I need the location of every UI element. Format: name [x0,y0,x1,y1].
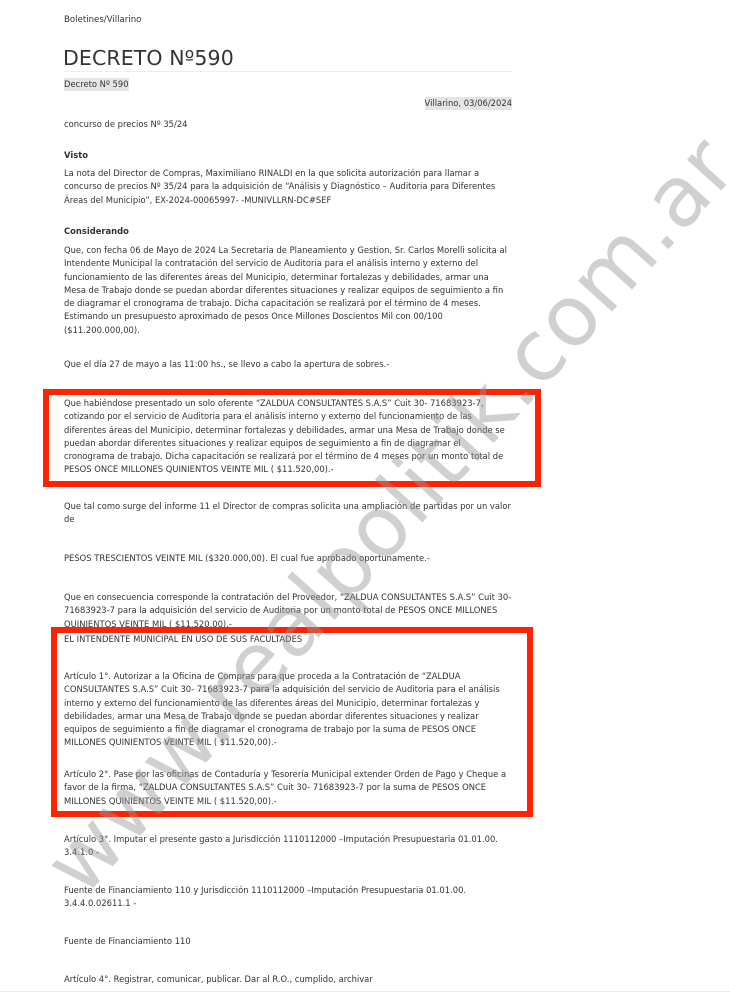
considerando-paragraph: Que el día 27 de mayo a las 11:00 hs., s… [64,358,512,371]
reference-line: concurso de precios Nº 35/24 [64,118,512,131]
considerando-heading: Considerando [64,225,512,238]
considerando-paragraph: Que, con fecha 06 de Mayo de 2024 La Sec… [64,244,512,337]
considerando-paragraph: Que en consecuencia corresponde la contr… [64,591,512,631]
considerando-paragraph: Que habiéndose presentado un solo oferen… [64,397,512,477]
bottom-divider [0,991,730,992]
article-4: Artículo 4°. Registrar, comunicar, publi… [64,973,512,986]
decree-number-tag: Decreto Nº 590 [64,78,129,91]
visto-heading-text: Visto [64,150,88,160]
title-divider [64,71,512,72]
article-1: Artículo 1°. Autorizar a la Oficina de C… [64,670,512,750]
resolutivo-intro: EL INTENDENTE MUNICIPAL EN USO DE SUS FA… [64,633,512,646]
page-title: DECRETO Nº590 [63,46,234,70]
financing-source: Fuente de Financiamiento 110 [64,935,512,948]
visto-text: La nota del Director de Compras, Maximil… [64,167,512,207]
article-2: Artículo 2°. Pase por las oficinas de Co… [64,768,512,808]
dateline: Villarino, 03/06/2024 [425,97,512,110]
financing-line: Fuente de Financiamiento 110 y Jurisdicc… [64,884,512,911]
considerando-heading-text: Considerando [64,226,129,236]
breadcrumb[interactable]: Boletines/Villarino [64,15,141,25]
considerando-paragraph: Que tal como surge del informe 11 el Dir… [64,500,512,527]
article-3: Artículo 3°. Imputar el presente gasto a… [64,833,512,860]
visto-heading: Visto [64,149,512,162]
considerando-paragraph: PESOS TRESCIENTOS VEINTE MIL ($320.000,0… [64,552,512,565]
